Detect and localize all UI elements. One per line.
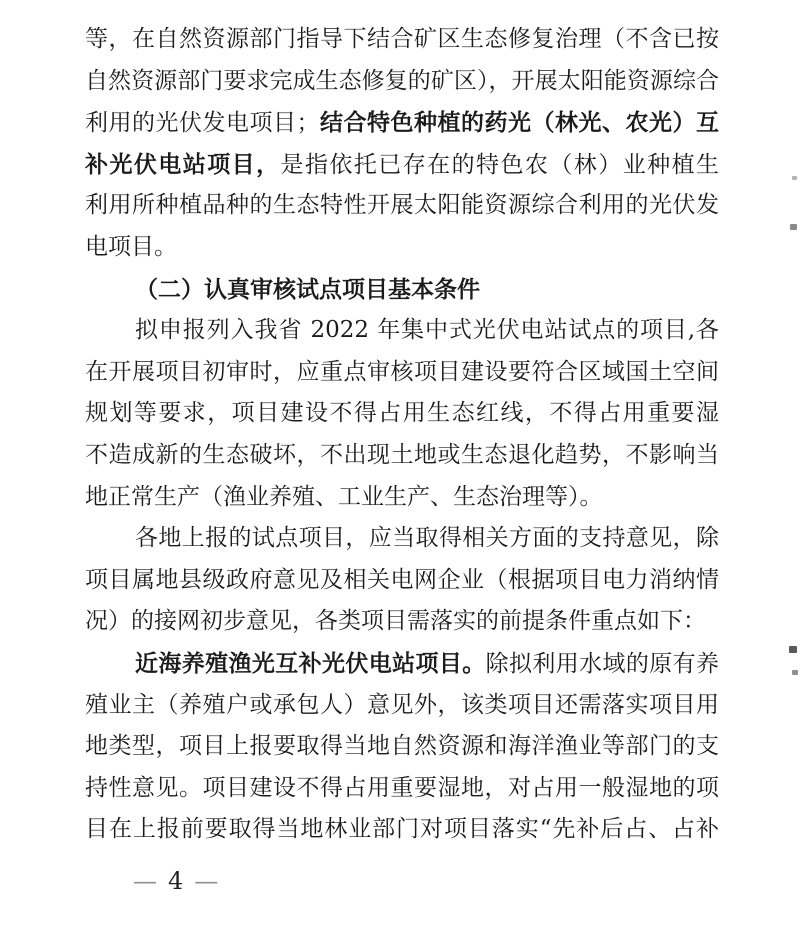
bold-text-segment: 结合特色种植的药光（林光、农光）互 (320, 109, 720, 136)
text-segment: 目在上报前要取得当地林业部门对项目落实“先补后占、占补 (85, 816, 719, 842)
text-line: 持性意见。项目建设不得占用重要湿地，对占用一般湿地的项 (85, 768, 719, 810)
text-line: 况）的接网初步意见，各类项目需落实的前提条件重点如下： (85, 601, 719, 643)
text-segment: 地类型，项目上报要取得当地自然资源和海洋渔业等部门的支 (85, 733, 719, 759)
text-segment: 除拟利用水域的原有养 (486, 651, 719, 677)
text-line: 各地上报的试点项目，应当取得相关方面的支持意见，除 (85, 518, 719, 560)
footer-right-dash: — (194, 866, 218, 896)
text-segment: 各地上报的试点项目，应当取得相关方面的支持意见，除 (135, 525, 719, 551)
document-page: 等，在自然资源部门指导下结合矿区生态修复治理（不含已按自然资源部门要求完成生态修… (0, 0, 800, 945)
text-segment: 电项目。 (85, 234, 177, 260)
text-line: 电项目。 (85, 227, 719, 269)
text-line: 自然资源部门要求完成生态修复的矿区），开展太阳能资源综合 (85, 61, 719, 103)
document-body: 等，在自然资源部门指导下结合矿区生态修复治理（不含已按自然资源部门要求完成生态修… (85, 19, 719, 851)
text-line: 利用所种植品种的生态特性开展太阳能资源综合利用的光伏发 (85, 185, 719, 227)
text-line: 殖业主（养殖户或承包人）意见外，该类项目还需落实项目用 (85, 685, 719, 727)
scan-artifact (790, 224, 797, 230)
scan-artifact (789, 646, 797, 653)
text-line: （二）认真审核试点项目基本条件 (85, 269, 719, 311)
bold-text-segment: 补光伏电站项目， (85, 151, 281, 178)
text-segment: 利用所种植品种的生态特性开展太阳能资源综合利用的光伏发 (85, 192, 719, 218)
text-segment: 等，在自然资源部门指导下结合矿区生态修复治理（不含已按 (85, 26, 719, 52)
text-segment: 利用的光伏发电项目； (85, 110, 320, 136)
text-line: 项目属地县级政府意见及相关电网企业（根据项目电力消纳情 (85, 560, 719, 602)
text-segment: 况）的接网初步意见，各类项目需落实的前提条件重点如下： (85, 608, 706, 634)
text-line: 拟申报列入我省 2022 年集中式光伏电站试点的项目,各地 (85, 310, 719, 352)
text-segment: 在开展项目初审时，应重点审核项目建设要符合区域国土空间 (85, 359, 719, 385)
scan-artifact (792, 176, 797, 180)
text-segment: 殖业主（养殖户或承包人）意见外，该类项目还需落实项目用 (85, 692, 719, 718)
text-line: 地正常生产（渔业养殖、工业生产、生态治理等）。 (85, 477, 719, 519)
bold-text-segment: （二）认真审核试点项目基本条件 (135, 276, 480, 303)
page-number: 4 (168, 866, 183, 896)
text-segment: 项目属地县级政府意见及相关电网企业（根据项目电力消纳情 (85, 567, 719, 593)
text-line: 利用的光伏发电项目；结合特色种植的药光（林光、农光）互 (85, 102, 719, 144)
text-segment: 不造成新的生态破坏，不出现土地或生态退化趋势，不影响当 (85, 442, 719, 468)
scan-artifact (792, 670, 798, 675)
bold-text-segment: 近海养殖渔光互补光伏电站项目。 (135, 650, 486, 677)
text-segment: 拟申报列入我省 2022 年集中式光伏电站试点的项目,各地 (135, 317, 719, 352)
footer-left-dash: — (133, 866, 157, 896)
text-segment: 持性意见。项目建设不得占用重要湿地，对占用一般湿地的项 (85, 775, 719, 801)
text-line: 目在上报前要取得当地林业部门对项目落实“先补后占、占补 (85, 809, 719, 851)
text-line: 近海养殖渔光互补光伏电站项目。除拟利用水域的原有养 (85, 643, 719, 685)
page-footer: — 4 — (133, 866, 218, 896)
text-segment: 地正常生产（渔业养殖、工业生产、生态治理等）。 (85, 484, 603, 510)
text-line: 规划等要求，项目建设不得占用生态红线，不得占用重要湿地， (85, 393, 719, 435)
text-segment: 规划等要求，项目建设不得占用生态红线，不得占用重要湿地， (85, 400, 719, 435)
text-line: 在开展项目初审时，应重点审核项目建设要符合区域国土空间 (85, 352, 719, 394)
text-line: 补光伏电站项目，是指依托已存在的特色农（林）业种植生产， (85, 144, 719, 186)
text-line: 地类型，项目上报要取得当地自然资源和海洋渔业等部门的支 (85, 726, 719, 768)
text-line: 等，在自然资源部门指导下结合矿区生态修复治理（不含已按 (85, 19, 719, 61)
text-line: 不造成新的生态破坏，不出现土地或生态退化趋势，不影响当 (85, 435, 719, 477)
text-segment: 自然资源部门要求完成生态修复的矿区），开展太阳能资源综合 (85, 68, 719, 94)
